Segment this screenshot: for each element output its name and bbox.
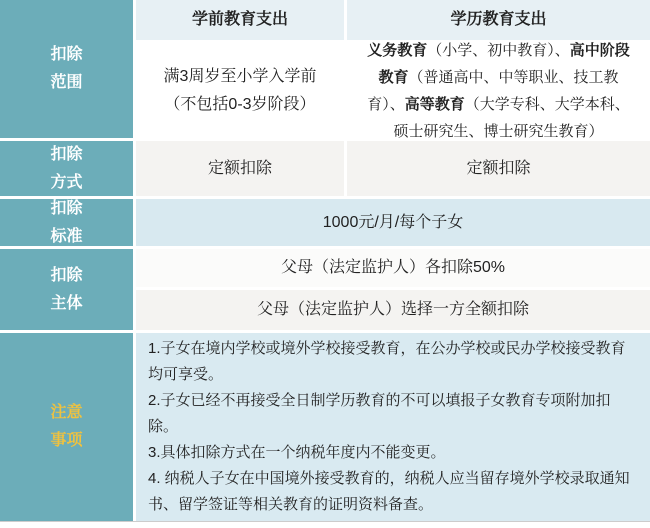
cell-subject-option1: 父母（法定监护人）各扣除50% bbox=[136, 249, 650, 287]
row-label-scope: 扣除 范围 bbox=[0, 0, 133, 138]
cell-method-preschool: 定额扣除 bbox=[136, 141, 344, 196]
text-segment: （小学、初中教育）、 bbox=[427, 42, 570, 59]
note-item: 1.子女在境内学校或境外学校接受教育，在公办学校或民办学校接受教育均可享受。 bbox=[148, 336, 638, 388]
cell-standard-value: 1000元/月/每个子女 bbox=[136, 199, 650, 246]
row-label-method: 扣除 方式 bbox=[0, 141, 133, 196]
row-label-subject: 扣除 主体 bbox=[0, 249, 133, 330]
row-label-notes: 注意 事项 bbox=[0, 333, 133, 521]
bold-text-segment: 义务教育 bbox=[367, 42, 427, 59]
note-item: 2.子女已经不再接受全日制学历教育的不可以填报子女教育专项附加扣除。 bbox=[148, 388, 638, 440]
bold-text-segment: 高等教育 bbox=[405, 96, 465, 113]
cell-notes-list: 1.子女在境内学校或境外学校接受教育，在公办学校或民办学校接受教育均可享受。2.… bbox=[136, 333, 650, 521]
cell-scope-academic: 义务教育（小学、初中教育）、高中阶段教育（普通高中、中等职业、技工教育）、高等教… bbox=[347, 43, 650, 138]
bottom-divider bbox=[0, 521, 650, 522]
column-header-preschool: 学前教育支出 bbox=[136, 0, 344, 40]
note-item: 4. 纳税人子女在中国境外接受教育的，纳税人应当留存境外学校录取通知书、留学签证… bbox=[148, 466, 638, 518]
cell-method-academic: 定额扣除 bbox=[347, 141, 650, 196]
cell-scope-preschool: 满3周岁至小学入学前（不包括0-3岁阶段） bbox=[136, 43, 344, 138]
scope-academic-richtext: 义务教育（小学、初中教育）、高中阶段教育（普通高中、中等职业、技工教育）、高等教… bbox=[355, 33, 642, 149]
row-label-standard: 扣除 标准 bbox=[0, 199, 133, 246]
education-deduction-table: 扣除 范围 学前教育支出 学历教育支出 满3周岁至小学入学前（不包括0-3岁阶段… bbox=[0, 0, 650, 521]
cell-subject-option2: 父母（法定监护人）选择一方全额扣除 bbox=[136, 290, 650, 330]
note-item: 3.具体扣除方式在一个纳税年度内不能变更。 bbox=[148, 440, 446, 466]
